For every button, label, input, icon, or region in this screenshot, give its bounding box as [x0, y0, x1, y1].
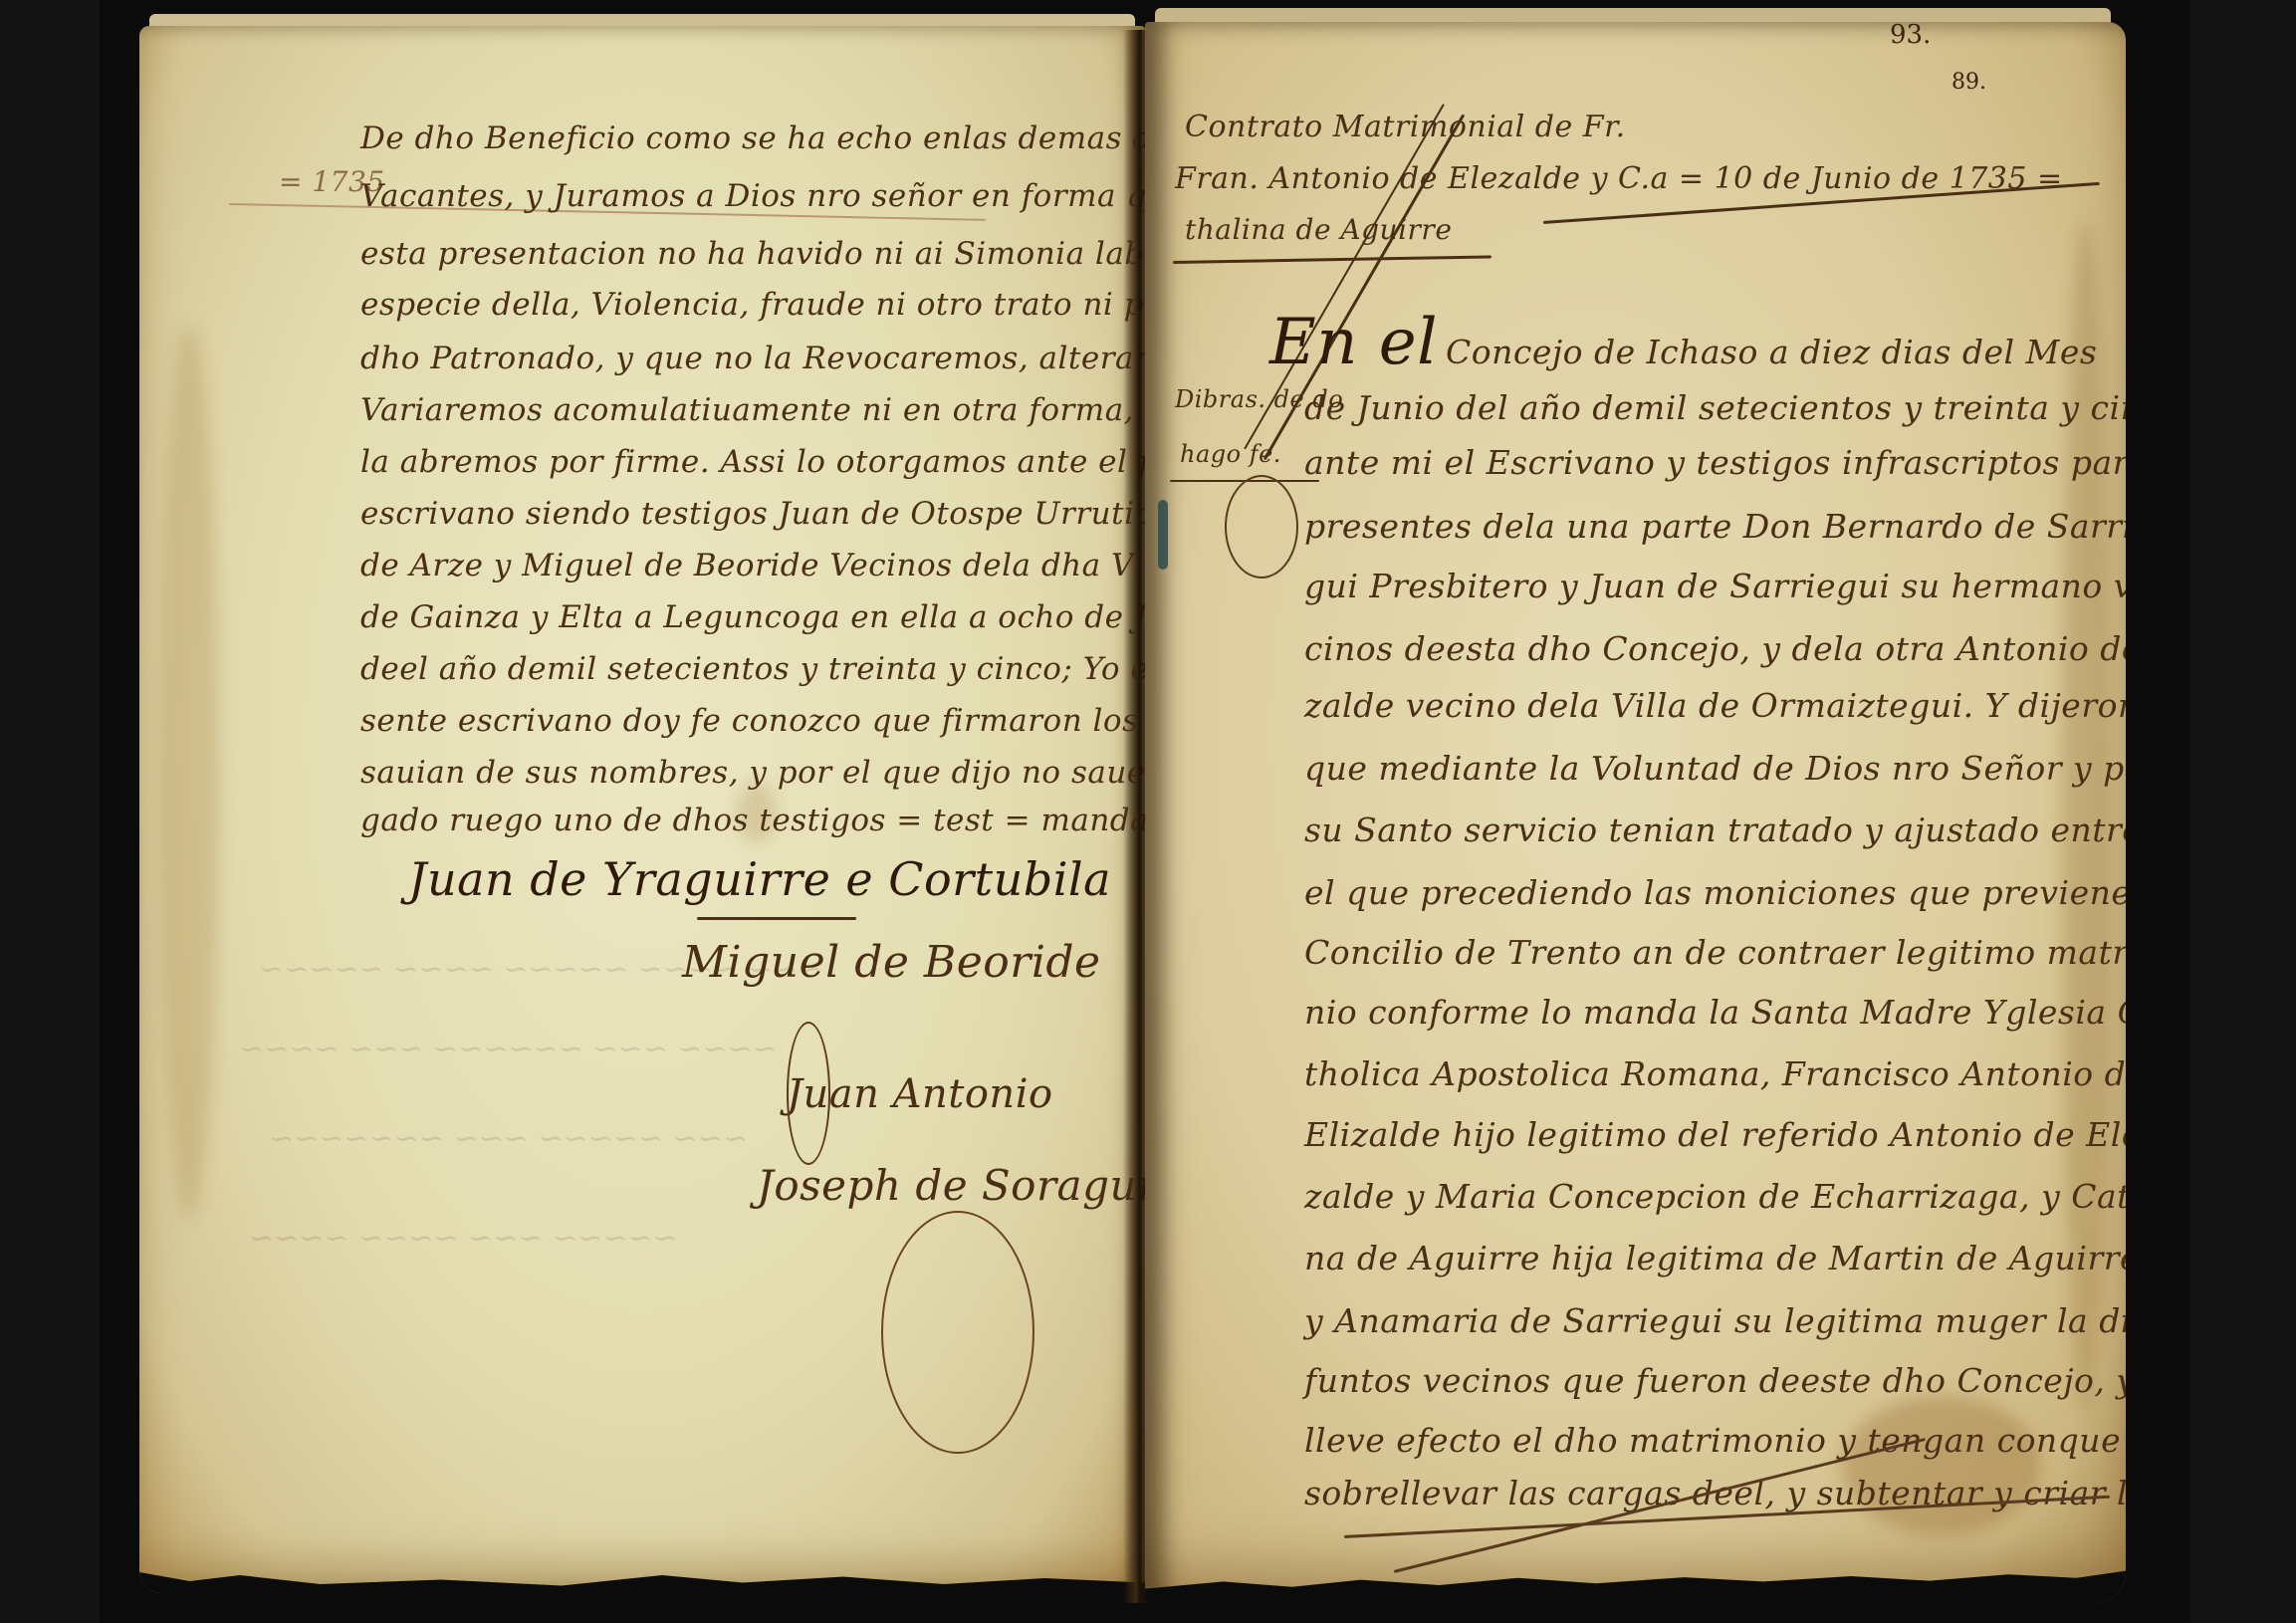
text-line: la abremos por firme. Assi lo otorgamos … [360, 444, 1145, 480]
margin-flourish [1225, 475, 1298, 579]
text-line: de Junio del año demil setecientos y tre… [1304, 388, 2126, 427]
signature: Miguel de Beoride [682, 937, 1101, 988]
text-line: gado ruego uno de dhos testigos = test =… [360, 803, 1145, 838]
text-line: nio conforme lo manda la Santa Madre Ygl… [1304, 993, 2126, 1032]
signature-underline [697, 917, 856, 920]
text-line: Variaremos acomulatiuamente ni en otra f… [360, 392, 1145, 428]
text-line: el que precediendo las moniciones que pr… [1304, 873, 2126, 912]
bleed-through-text: ~~~~~ ~~~ ~~~~ ~~~~ [249, 1221, 678, 1256]
text-line: na de Aguirre hija legitima de Martin de… [1304, 1239, 2126, 1277]
text-line: lleve efecto el dho matrimonio y tengan … [1304, 1421, 2126, 1460]
text-line: deel año demil setecientos y treinta y c… [360, 651, 1145, 687]
text-line: funtos vecinos que fueron deeste dho Con… [1304, 1361, 2126, 1400]
text-line: cinos deesta dho Concejo, y dela otra An… [1304, 629, 2126, 668]
text-line: de Arze y Miguel de Beoride Vecinos dela… [360, 548, 1145, 583]
water-stain [1842, 1396, 2041, 1535]
bleed-through-text: ~~~ ~~~~~ ~~~ ~~~~~~~ [269, 1121, 748, 1156]
bleed-through-text: ~~~~ ~~~ ~~~~~~ ~~~ ~~~~ [239, 1032, 778, 1066]
text-line: y Anamaria de Sarriegui su legitima muge… [1304, 1301, 2126, 1340]
heading-line: Fran. Antonio de Elezalde y C.a = 10 de … [1175, 161, 2063, 196]
text-line: sente escrivano doy fe conozco que firma… [360, 703, 1145, 739]
torn-bottom-edge [139, 1563, 1145, 1593]
text-line: Concejo de Ichaso a diez dias del Mes [1446, 333, 2097, 371]
text-line: Vacantes, y Juramos a Dios nro señor en … [360, 178, 1145, 214]
text-line: tholica Apostolica Romana, Francisco Ant… [1304, 1054, 2126, 1093]
right-page: 93. 89. Contrato Matrimonial de Fr. Fran… [1145, 22, 2126, 1603]
margin-note: hago fe. [1180, 440, 1281, 468]
text-line: su Santo servicio tenian tratado y ajust… [1304, 811, 2126, 849]
left-page: ~~~ ~~~~ ~~~~~ ~~~~ ~~~~~ ~~~~ ~~~ ~~~~~… [139, 26, 1145, 1593]
edge-stain [159, 325, 219, 1221]
text-line: especie della, Violencia, fraude ni otro… [360, 287, 1145, 323]
text-line: zalde y Maria Concepcion de Echarrizaga,… [1304, 1177, 2126, 1216]
text-line: esta presentacion no ha havido ni ai Sim… [360, 236, 1145, 272]
signature: Joseph de Soraguren [757, 1161, 1145, 1210]
text-line: presentes dela una parte Don Bernardo de… [1304, 507, 2126, 546]
signature: Juan de Yraguirre e Cortubila [408, 852, 1111, 906]
opening-initial: En el [1269, 306, 1438, 379]
ink-blot [1158, 500, 1168, 570]
text-line: escrivano siendo testigos Juan de Otospe… [360, 496, 1145, 532]
text-line: de Gainza y Elta a Leguncoga en ella a o… [360, 599, 1145, 635]
text-line: Concilio de Trento an de contraer legiti… [1304, 933, 2126, 972]
text-line: dho Patronado, y que no la Revocaremos, … [360, 341, 1145, 376]
text-line: ante mi el Escrivano y testigos infrascr… [1304, 443, 2126, 482]
text-line: Elizalde hijo legitimo del referido Anto… [1304, 1115, 2126, 1154]
signature-flourish [881, 1211, 1034, 1454]
text-line: zalde vecino dela Villa de Ormaiztegui. … [1304, 686, 2126, 725]
text-line: que mediante la Voluntad de Dios nro Señ… [1304, 749, 2126, 788]
heading-underline [1173, 255, 1492, 264]
folio-number-secondary: 89. [1952, 70, 1986, 95]
text-line: gui Presbitero y Juan de Sarriegui su he… [1304, 567, 2126, 605]
text-line: De dho Beneficio como se ha echo enlas d… [360, 120, 1145, 156]
signature-flourish [787, 1022, 830, 1165]
heading-line: Contrato Matrimonial de Fr. [1185, 110, 1626, 144]
heading-line: thalina de Aguirre [1185, 213, 1452, 246]
folio-number-primary: 93. [1890, 22, 1931, 50]
text-line: sauian de sus nombres, y por el que dijo… [360, 755, 1145, 791]
torn-bottom-edge [1145, 1567, 2126, 1603]
